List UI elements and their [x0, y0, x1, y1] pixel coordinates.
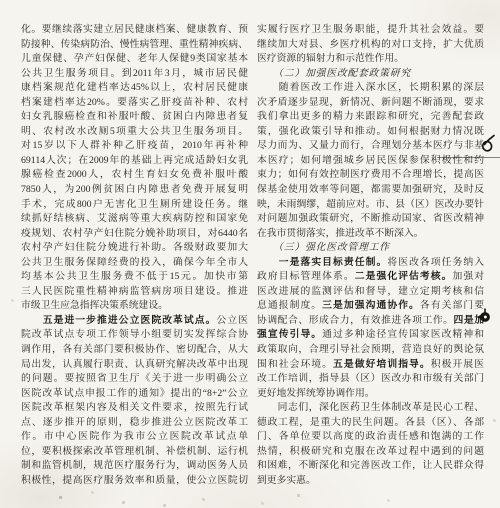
- text-line: 次矛盾逐步显现，新情况、新问题不断涌现，要求: [257, 96, 484, 111]
- text-line: 妇女乳腺癌检查和补服叶酸、贫困白内障患者复: [21, 110, 248, 125]
- text-line: 均基本公共卫生服务费不低于15元。加快市第: [21, 270, 248, 285]
- text-line: 对15岁以下人群补种乙肝疫苗，2010年再补种: [21, 139, 248, 154]
- text-line: 策，强化政策引导和推动。如何根据财力情况既: [257, 125, 484, 140]
- text-line: 尽力而为、又量力而行，合理划分基本医疗与非基: [257, 139, 484, 154]
- text-line: 继续加大对县、乡医疗机构的对口支持，扩大优质: [257, 38, 484, 53]
- text-line: 协调配合、形成合力，有效推进各项工作。四是加: [257, 314, 484, 329]
- text-line: 医院改革试点申报工作的通知》提出的“8+2”公立: [21, 387, 248, 402]
- text-line: 对问题加强政策研究，不断推动国家、省医改精神: [257, 212, 484, 227]
- text-line: 同志们，深化医药卫生体制改革是民心工程、: [257, 401, 484, 416]
- text-line: 调作用，各有关部门要积极协作、密切配合，从大: [21, 343, 248, 358]
- text-line: 的问题。要按照省卫生厅《关于进一步明确公立: [21, 372, 248, 387]
- text-line: 医院改革框架内容及相关文件要求，按照先行试: [21, 401, 248, 416]
- text-line: 档案建档率达20%。要落实乙肝疫苗补种、农村: [21, 96, 248, 111]
- text-line: 康档案规范化建档率达45%以上，农村居民健康: [21, 81, 248, 96]
- text-line: 息通报制度。三是加强沟通协作。各有关部门要: [257, 299, 484, 314]
- ink-mark-arrow-icon: [476, 308, 492, 325]
- text-line: 积极性，提高医疗服务效率和质量，使公立医院切: [21, 474, 248, 489]
- text-line: 更好地发挥统筹协调作用。: [257, 387, 484, 402]
- text-line: 束力；如何有效控制医疗费用不合理增长，提高医: [257, 168, 484, 183]
- section-heading: （二）加强医改配套政策研究: [257, 67, 484, 82]
- text-line: 制和监管机制，规范医疗服务行为，调动医务人员: [21, 459, 248, 474]
- text-line: 市级卫生应急指挥决策系统建设。: [21, 299, 248, 314]
- text-line: 改工作培训，指导县（区）医改办和市级有关部门: [257, 372, 484, 387]
- text-line: 防接种、传染病防治、慢性病管理、重性精神疾病、: [21, 38, 248, 53]
- ink-mark-hook-icon: [480, 134, 497, 153]
- text-line: 医疗资源的辐射力和示范性作用。: [257, 52, 484, 67]
- text-line: 我们拿出更多的精力来跟踪和研究，完善配套政: [257, 110, 484, 125]
- text-line: 五是进一步推进公立医院改革试点。公立医: [21, 314, 248, 329]
- text-line: 院改革试点专项工作领导小组要切实发挥综合协: [21, 328, 248, 343]
- text-line: 农村孕产妇住院分娩进行补助。各级财政要加大: [21, 241, 248, 256]
- text-line: 热情，积极研究和克服在改革过程中遇到的问题: [257, 445, 484, 460]
- text-line: 作。市中心医院作为我市公立医院改革试点单: [21, 430, 248, 445]
- text-line: 三人民医院重性精神病监管病房项目建设。推进: [21, 285, 248, 300]
- text-line: 公共卫生服务项目。到2011年3月，城市居民健: [21, 67, 248, 82]
- text-line: 7850人，为200例贫困白内障患者免费开展复明: [21, 183, 248, 198]
- text-column-right: 实履行医疗卫生服务职能，提升其社会效益。要继续加大对县、乡医疗机构的对口支持，扩…: [257, 23, 484, 489]
- text-line: 和困难，不断深化和完善医改工作，让人民群众得: [257, 459, 484, 474]
- scanned-document-page: 化。要继续落实建立居民健康档案、健康教育、预防接种、传染病防治、慢性病管理、重性…: [0, 0, 500, 508]
- text-line: 一是落实目标责任制。将医改各项任务纳入: [257, 256, 484, 271]
- text-line: 位，要积极探索改革管理机制、补偿机制、运行机: [21, 445, 248, 460]
- text-line: 政府目标管理体系。二是强化评估考核。加强对: [257, 270, 484, 285]
- text-line: 局出发，认真履行职责、认真研究解决改革中出现: [21, 358, 248, 373]
- text-line: 强宣传引导。通过多种途径宣传国家医改精神和: [257, 328, 484, 343]
- text-line: 手术，完成800户无害化卫生厕所建设任务。继: [21, 198, 248, 213]
- text-line: 明、农村改水改厕5项重大公共卫生服务项目。: [21, 125, 248, 140]
- text-line: 政策取向，合理引导社会预期，营造良好的舆论氛: [257, 343, 484, 358]
- section-heading: （三）强化医改管理工作: [257, 241, 484, 256]
- text-line: 在我市贯彻落实，推进改革不断深入。: [257, 227, 484, 242]
- text-line: 到更多实惠。: [257, 474, 484, 489]
- text-line: 保基金使用效率等问题，都需要加强研究，及时反: [257, 183, 484, 198]
- scan-streak: [437, 157, 500, 158]
- text-line: 儿童保健、孕产妇保健、老年人保健9类国家基本: [21, 52, 248, 67]
- text-line: 续抓好结核病、艾滋病等重大疾病防控和国家免: [21, 212, 248, 227]
- text-line: 映，未雨绸缪，超前应对。市、县（区）医改办要针: [257, 198, 484, 213]
- text-line: 门、各单位要以高度的政治责任感和饱满的工作: [257, 430, 484, 445]
- text-line: 疫规划、农村孕产妇住院分娩补助项目，对6440名: [21, 227, 248, 242]
- text-line: 公共卫生服务保障经费的投入，确保今年全市人: [21, 256, 248, 271]
- text-line: 随着医改工作进入深水区，长期积累的深层: [257, 81, 484, 96]
- text-line: 点、逐步推开的原则，稳步推进公立医院改革工: [21, 416, 248, 431]
- text-column-left: 化。要继续落实建立居民健康档案、健康教育、预防接种、传染病防治、慢性病管理、重性…: [21, 23, 248, 489]
- paper-speckles: [0, 0, 1, 1]
- text-line: 围和社会环境。五是做好培训指导。积极开展医: [257, 358, 484, 373]
- text-line: 医改进展的监测评估和督导，建立定期考核和信: [257, 285, 484, 300]
- text-line: 腺癌检查2000人，农村生育妇女免费补服叶酸: [21, 168, 248, 183]
- text-line: 69114人次；在2009年的基础上再完成适龄妇女乳: [21, 154, 248, 169]
- text-line: 德政工程，是重大的民生问题。各县（区）、各部: [257, 416, 484, 431]
- text-line: 实履行医疗卫生服务职能，提升其社会效益。要: [257, 23, 484, 38]
- text-line: 化。要继续落实建立居民健康档案、健康教育、预: [21, 23, 248, 38]
